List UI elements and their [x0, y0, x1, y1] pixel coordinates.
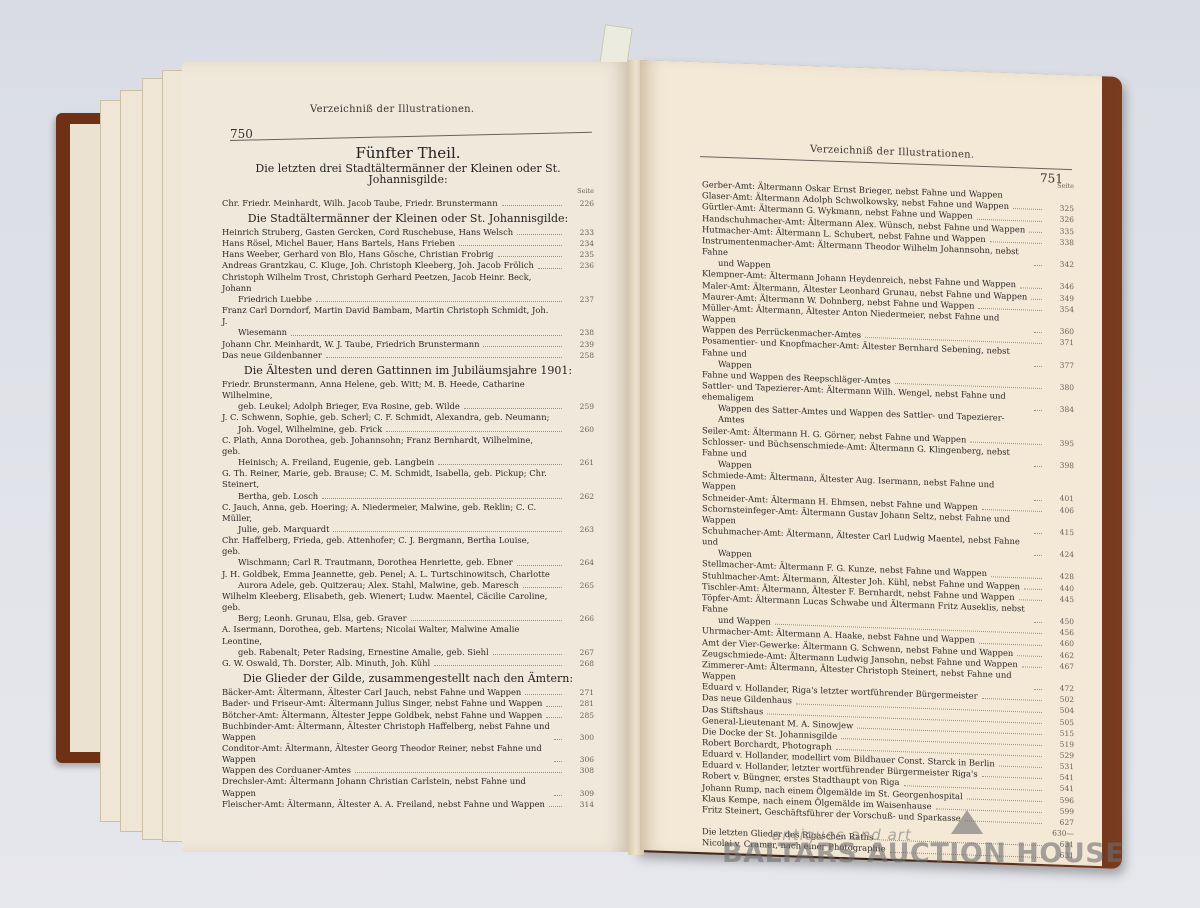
index-entry: C. Jauch, Anna, geb. Hoering; A. Niederm…	[222, 502, 594, 524]
right-page-content: Seite Gerber-Amt: Ältermann Oskar Ernst …	[702, 170, 1074, 862]
index-entry: Berg; Leonh. Grunau, Elsa, geb. Graver26…	[222, 613, 594, 624]
leader-dots	[546, 717, 562, 718]
entry-text: Wappen des Corduaner-Amtes	[222, 765, 351, 776]
index-entry: Heinrich Struberg, Gasten Gercken, Cord …	[222, 227, 594, 238]
leader-dots	[386, 431, 562, 432]
entry-text: Das neue Gildenbanner	[222, 350, 322, 361]
leader-dots	[1034, 265, 1042, 266]
leader-dots	[967, 798, 1042, 802]
entry-text: Buchbinder-Amt: Ältermann, Ältester Chri…	[222, 721, 550, 743]
section-title: Die Ältesten und deren Gattinnen im Jubi…	[222, 365, 594, 376]
header-rule	[230, 132, 592, 141]
leader-dots	[1034, 499, 1042, 500]
entry-page-number: 239	[566, 339, 594, 350]
entry-text: Berg; Leonh. Grunau, Elsa, geb. Graver	[222, 613, 407, 624]
entry-page-number: 258	[566, 350, 594, 361]
index-entry: J. C. Schwenn, Sophie, geb. Scherl; C. F…	[222, 412, 594, 423]
left-page-content: Fünfter Theil. Die letzten drei Stadtält…	[222, 142, 594, 810]
entry-text: Heinisch; A. Freiland, Eugenie, geb. Lan…	[222, 457, 434, 468]
entry-page-number: 226	[566, 198, 594, 209]
entry-page-number: 308	[566, 765, 594, 776]
index-entry: Drechsler-Amt: Ältermann Johann Christia…	[222, 776, 594, 798]
entry-text: Chr. Haffelberg, Frieda, geb. Attenhofer…	[222, 535, 550, 557]
entry-page-number: 267	[566, 647, 594, 658]
entry-text: J. C. Schwenn, Sophie, geb. Scherl; C. F…	[222, 412, 549, 423]
index-entry: Bader- und Friseur-Amt: Ältermann Julius…	[222, 698, 594, 709]
entry-text: C. Jauch, Anna, geb. Hoering; A. Niederm…	[222, 502, 550, 524]
index-entry: Bäcker-Amt: Ältermann, Ältester Carl Jau…	[222, 687, 594, 698]
entry-page-number: 415	[1046, 526, 1074, 538]
leader-dots	[549, 806, 562, 807]
entry-text: Joh. Vogel, Wilhelmine, geb. Frick	[222, 424, 382, 435]
section-title: Die Glieder der Gilde, zusammengestellt …	[222, 673, 594, 684]
crown-icon	[951, 810, 983, 834]
index-entry: Aurora Adele, geb. Quitzerau; Alex. Stah…	[222, 580, 594, 591]
entry-page-number: 424	[1046, 548, 1074, 560]
entry-page-number: 235	[566, 249, 594, 260]
entry-text: Wilhelm Kleeberg, Elisabeth, geb. Wiener…	[222, 591, 550, 613]
entry-text: G. W. Oswald, Th. Dorster, Alb. Minuth, …	[222, 658, 430, 669]
entry-page-number: 342	[1046, 258, 1074, 270]
leader-dots	[1031, 298, 1042, 299]
leader-dots	[977, 218, 1042, 221]
running-head: Verzeichniß der Illustrationen.	[810, 144, 974, 161]
leader-dots	[1034, 555, 1042, 556]
leader-dots	[1017, 655, 1042, 657]
entry-text: Wischmann; Carl R. Trautmann, Dorothea H…	[222, 557, 513, 568]
entry-page-number: 263	[566, 524, 594, 535]
leader-dots	[982, 776, 1042, 779]
entry-page-number: 265	[566, 580, 594, 591]
leader-dots	[999, 766, 1042, 769]
leader-dots	[464, 408, 562, 409]
index-entry: geb. Rabenalt; Peter Radsing, Ernestine …	[222, 647, 594, 658]
index-entry: Bertha, geb. Losch262	[222, 491, 594, 502]
index-entry: Wischmann; Carl R. Trautmann, Dorothea H…	[222, 557, 594, 568]
leader-dots	[1034, 689, 1042, 690]
leader-dots	[554, 761, 562, 762]
entry-text: Drechsler-Amt: Ältermann Johann Christia…	[222, 776, 550, 798]
index-entry: Friedrich Luebbe237	[222, 294, 594, 305]
index-entry: Fleischer-Amt: Ältermann, Ältester A. A.…	[222, 799, 594, 810]
entry-text: J. H. Goldbek, Emma Jeannette, geb. Pene…	[222, 569, 550, 580]
entry-text: C. Plath, Anna Dorothea, geb. Johannsohn…	[222, 435, 550, 457]
index-entry: Johann Chr. Meinhardt, W. J. Taube, Frie…	[222, 339, 594, 350]
index-entry: G. Th. Reiner, Marie, geb. Brause; C. M.…	[222, 468, 594, 490]
entry-page-number: 445	[1046, 593, 1074, 605]
entry-text: Johann Chr. Meinhardt, W. J. Taube, Frie…	[222, 339, 479, 350]
leader-dots	[1034, 622, 1042, 623]
entry-text: Andreas Grantzkau, C. Kluge, Joh. Christ…	[222, 260, 534, 271]
header-rule	[700, 156, 1072, 170]
entry-page-number: 271	[566, 687, 594, 698]
entry-text: Franz Carl Dorndorf, Martin David Bambam…	[222, 305, 550, 327]
leader-dots	[1034, 332, 1042, 333]
entry-text: Aurora Adele, geb. Quitzerau; Alex. Stah…	[222, 580, 519, 591]
index-entry: Bötcher-Amt: Ältermann, Ältester Jeppe G…	[222, 710, 594, 721]
entry-page-number: 406	[1046, 504, 1074, 516]
entry-text: G. Th. Reiner, Marie, geb. Brause; C. M.…	[222, 468, 550, 490]
entry-page-number: 338	[1046, 236, 1074, 248]
seite-label: Seite	[222, 186, 594, 197]
entry-text: geb. Leukel; Adolph Brieger, Eva Rosine,…	[222, 401, 460, 412]
index-entry: Conditor-Amt: Ältermann, Ältester Georg …	[222, 743, 594, 765]
index-entry: Wiesemann238	[222, 327, 594, 338]
index-entry: Das neue Gildenbanner258	[222, 350, 594, 361]
entry-text: Chr. Friedr. Meinhardt, Wilh. Jacob Taub…	[222, 198, 498, 209]
index-entry: Franz Carl Dorndorf, Martin David Bambam…	[222, 305, 594, 327]
leader-dots	[1029, 231, 1042, 232]
leader-dots	[517, 565, 562, 566]
leader-dots	[1020, 287, 1042, 289]
leader-dots	[538, 268, 562, 269]
entry-page-number: 237	[566, 294, 594, 305]
leader-dots	[291, 335, 562, 336]
part-title: Fünfter Theil.	[222, 148, 594, 159]
entry-page-number: 300	[566, 732, 594, 743]
leader-dots	[1034, 533, 1042, 534]
leader-dots	[483, 346, 562, 347]
index-entry: J. H. Goldbek, Emma Jeannette, geb. Pene…	[222, 569, 594, 580]
leader-dots	[517, 234, 562, 235]
entry-page-number: 380	[1046, 381, 1074, 393]
leader-dots	[411, 620, 562, 621]
entry-page-number: 234	[566, 238, 594, 249]
index-entry: C. Plath, Anna Dorothea, geb. Johannsohn…	[222, 435, 594, 457]
entry-page-number: 259	[566, 401, 594, 412]
entry-text: geb. Rabenalt; Peter Radsing, Ernestine …	[222, 647, 489, 658]
entry-page-number: 314	[566, 799, 594, 810]
index-entry: Friedr. Brunstermann, Anna Helene, geb. …	[222, 379, 594, 401]
leader-dots	[1034, 466, 1042, 467]
entry-text: Hans Weeber, Gerhard von Blo, Hans Gösch…	[222, 249, 494, 260]
leader-dots	[990, 241, 1042, 244]
leader-dots	[982, 698, 1042, 701]
running-head: Verzeichniß der Illustrationen.	[310, 104, 474, 115]
entry-text: Bertha, geb. Losch	[222, 491, 318, 502]
leader-dots	[554, 739, 562, 740]
index-entry: Buchbinder-Amt: Ältermann, Ältester Chri…	[222, 721, 594, 743]
entry-page-number: 354	[1046, 303, 1074, 315]
index-entry: Christoph Wilhelm Trost, Christoph Gerha…	[222, 272, 594, 294]
index-entry: Hans Weeber, Gerhard von Blo, Hans Gösch…	[222, 249, 594, 260]
index-entry: Wappen des Corduaner-Amtes308	[222, 765, 594, 776]
section-title: Die letzten drei Stadtältermänner der Kl…	[222, 163, 594, 185]
entry-text: Bader- und Friseur-Amt: Ältermann Julius…	[222, 698, 542, 709]
right-page: Verzeichniß der Illustrationen. 751 Seit…	[640, 60, 1102, 866]
index-entry: G. W. Oswald, Th. Dorster, Alb. Minuth, …	[222, 658, 594, 669]
entry-page-number: 309	[566, 788, 594, 799]
entry-page-number: 398	[1046, 459, 1074, 471]
index-entry: Julie, geb. Marquardt263	[222, 524, 594, 535]
entry-text: Hans Rösel, Michel Bauer, Hans Bartels, …	[222, 238, 455, 249]
index-entry: geb. Leukel; Adolph Brieger, Eva Rosine,…	[222, 401, 594, 412]
entry-page-number: 377	[1046, 359, 1074, 371]
leader-dots	[979, 642, 1042, 645]
entry-page-number: 262	[566, 491, 594, 502]
leader-dots	[1024, 588, 1042, 590]
index-entry: Chr. Friedr. Meinhardt, Wilh. Jacob Taub…	[222, 198, 594, 209]
entry-page-number: 266	[566, 613, 594, 624]
entry-text: A. Isermann, Dorothea, geb. Martens; Nic…	[222, 624, 550, 646]
leader-dots	[498, 256, 563, 257]
leader-dots	[1022, 666, 1042, 668]
leader-dots	[434, 665, 562, 666]
left-page: Verzeichniß der Illustrationen. 750 Fünf…	[182, 62, 632, 852]
leader-dots	[525, 694, 562, 695]
entry-page-number: 238	[566, 327, 594, 338]
leader-dots	[322, 498, 562, 499]
entry-text: Wiesemann	[222, 327, 287, 338]
leader-dots	[546, 706, 562, 707]
entry-text: Conditor-Amt: Ältermann, Ältester Georg …	[222, 743, 550, 765]
watermark-brand: BALTARS AUCTION HOUSE	[722, 838, 1124, 869]
index-entry: Wilhelm Kleeberg, Elisabeth, geb. Wiener…	[222, 591, 594, 613]
entry-page-number: 285	[566, 710, 594, 721]
leader-dots	[502, 205, 562, 206]
entry-page-number: 281	[566, 698, 594, 709]
entry-page-number: 371	[1046, 336, 1074, 348]
index-entry: A. Isermann, Dorothea, geb. Martens; Nic…	[222, 624, 594, 646]
leader-dots	[493, 654, 562, 655]
leader-dots	[459, 245, 562, 246]
entry-page-number: 236	[566, 260, 594, 271]
entry-text: Friedr. Brunstermann, Anna Helene, geb. …	[222, 379, 550, 401]
entry-text: Heinrich Struberg, Gasten Gercken, Cord …	[222, 227, 513, 238]
entry-page-number: 395	[1046, 437, 1074, 449]
leader-dots	[1007, 198, 1042, 199]
index-entry: Chr. Haffelberg, Frieda, geb. Attenhofer…	[222, 535, 594, 557]
leader-dots	[982, 509, 1042, 512]
entry-text: Julie, geb. Marquardt	[222, 524, 329, 535]
leader-dots	[978, 308, 1042, 311]
entry-text: Christoph Wilhelm Trost, Christoph Gerha…	[222, 272, 550, 294]
section-title: Die Stadtältermänner der Kleinen oder St…	[222, 213, 594, 224]
entry-page-number: 268	[566, 658, 594, 669]
leader-dots	[333, 531, 562, 532]
leader-dots	[355, 772, 562, 773]
entry-page-number: 384	[1046, 403, 1074, 415]
leader-dots	[1013, 208, 1042, 210]
entry-text: Fleischer-Amt: Ältermann, Ältester A. A.…	[222, 799, 545, 810]
leader-dots	[554, 795, 562, 796]
entry-page-number: 264	[566, 557, 594, 568]
entry-page-number: 261	[566, 457, 594, 468]
index-entry: Joh. Vogel, Wilhelmine, geb. Frick260	[222, 424, 594, 435]
index-entry: Heinisch; A. Freiland, Eugenie, geb. Lan…	[222, 457, 594, 468]
leader-dots	[1034, 365, 1042, 366]
leader-dots	[438, 464, 562, 465]
leader-dots	[326, 357, 562, 358]
leader-dots	[970, 441, 1042, 445]
entry-text: Bötcher-Amt: Ältermann, Ältester Jeppe G…	[222, 710, 542, 721]
index-entry: Hans Rösel, Michel Bauer, Hans Bartels, …	[222, 238, 594, 249]
leader-dots	[991, 576, 1042, 579]
leader-dots	[316, 301, 562, 302]
leader-dots	[1034, 410, 1042, 411]
entry-page-number: 306	[566, 754, 594, 765]
entry-page-number: 467	[1046, 660, 1074, 672]
leader-dots	[523, 587, 562, 588]
entry-page-number: 260	[566, 424, 594, 435]
entry-page-number: 233	[566, 227, 594, 238]
index-entry: Andreas Grantzkau, C. Kluge, Joh. Christ…	[222, 260, 594, 271]
leader-dots	[1019, 599, 1042, 601]
entry-text: Bäcker-Amt: Ältermann, Ältester Carl Jau…	[222, 687, 521, 698]
entry-text: Friedrich Luebbe	[222, 294, 312, 305]
